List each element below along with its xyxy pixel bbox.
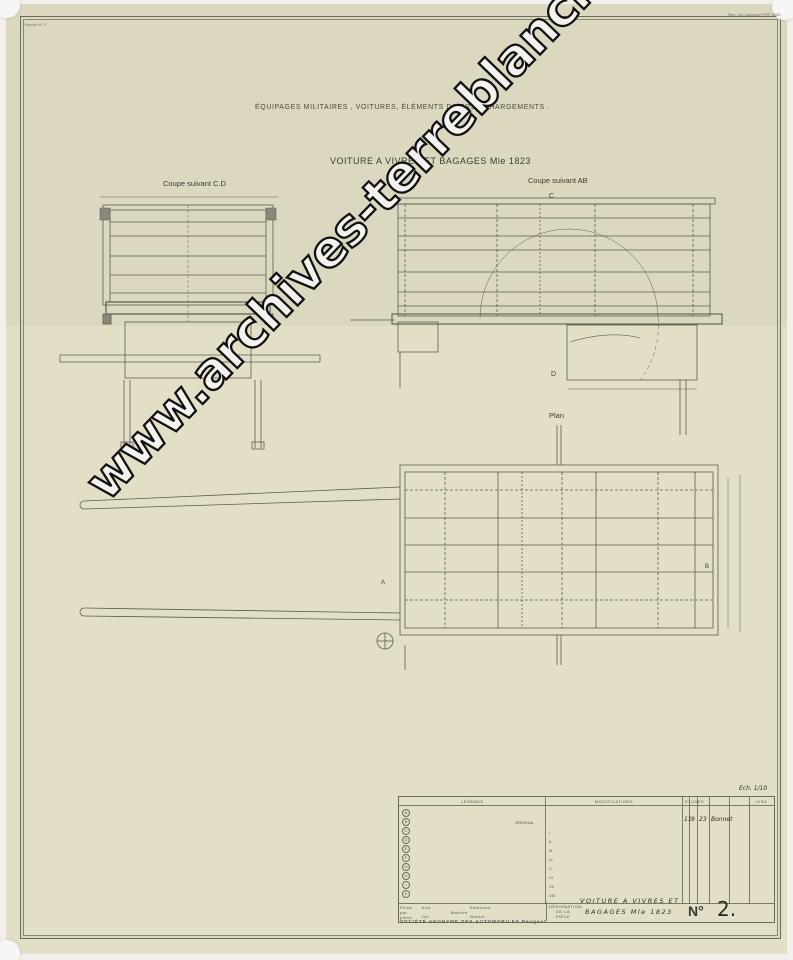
modification-row: VI	[549, 875, 553, 880]
modifications-header: MODIFICATIONS	[595, 799, 633, 804]
etabli-column	[709, 797, 730, 903]
poids-label: Poids par pièce	[400, 905, 412, 920]
company-name: SOCIÉTÉ ANONYME DES AUTOMOBILES Peugeot	[400, 919, 547, 924]
legend-item: E	[402, 845, 410, 853]
matiere-row: Emboutie	[470, 905, 491, 910]
designation-line-1: VOITURE A VIVRES ET	[580, 897, 680, 905]
modification-row: VIII	[549, 893, 555, 898]
original-year: 23	[699, 816, 707, 823]
svg-text:C: C	[549, 193, 554, 200]
number-value: 2.	[717, 897, 736, 921]
designation-label: DÉSIGNATION DE LA PIÈCE	[549, 904, 577, 919]
legend-item: B	[402, 818, 410, 826]
modification-row: IV	[549, 857, 553, 862]
legend-item: F	[402, 854, 410, 862]
original-signature: Bonnet	[711, 816, 732, 823]
visa-header: VISA	[756, 799, 767, 804]
modification-row: III	[549, 848, 552, 853]
verifie-column	[729, 797, 750, 903]
etudes-header: ÉTUDES	[685, 799, 704, 804]
legend-item: I	[402, 881, 410, 889]
section-ab-drawing: D C	[350, 193, 722, 435]
modification-row: ORIGINAL	[515, 820, 534, 825]
modification-row: VII	[549, 884, 554, 889]
number-label: N°	[688, 903, 704, 919]
legend-item: D	[402, 836, 410, 844]
legend-item: C	[402, 827, 410, 835]
original-month: 9	[691, 816, 695, 823]
plan-drawing: A B	[80, 425, 740, 670]
modification-row: V	[549, 866, 552, 871]
legend-item: G	[402, 863, 410, 871]
legend-item: H	[402, 872, 410, 880]
scale-label: Ech. 1/10	[739, 785, 767, 792]
modifications-column	[545, 797, 683, 903]
modification-row: I	[549, 830, 550, 835]
svg-text:A: A	[381, 580, 385, 586]
modification-row: II	[549, 839, 551, 844]
designation-line-2: BAGAGES Mle 1823	[585, 908, 673, 916]
header-rule	[399, 805, 774, 806]
legend-column	[399, 797, 546, 903]
legend-header: LÉGENDE	[461, 799, 484, 804]
matiere-label: Matière	[451, 910, 468, 915]
legend-item: K	[402, 890, 410, 898]
brut-label: brut	[422, 905, 431, 910]
svg-text:D: D	[551, 371, 556, 378]
svg-text:B: B	[705, 564, 709, 570]
legend-item: A	[402, 809, 410, 817]
